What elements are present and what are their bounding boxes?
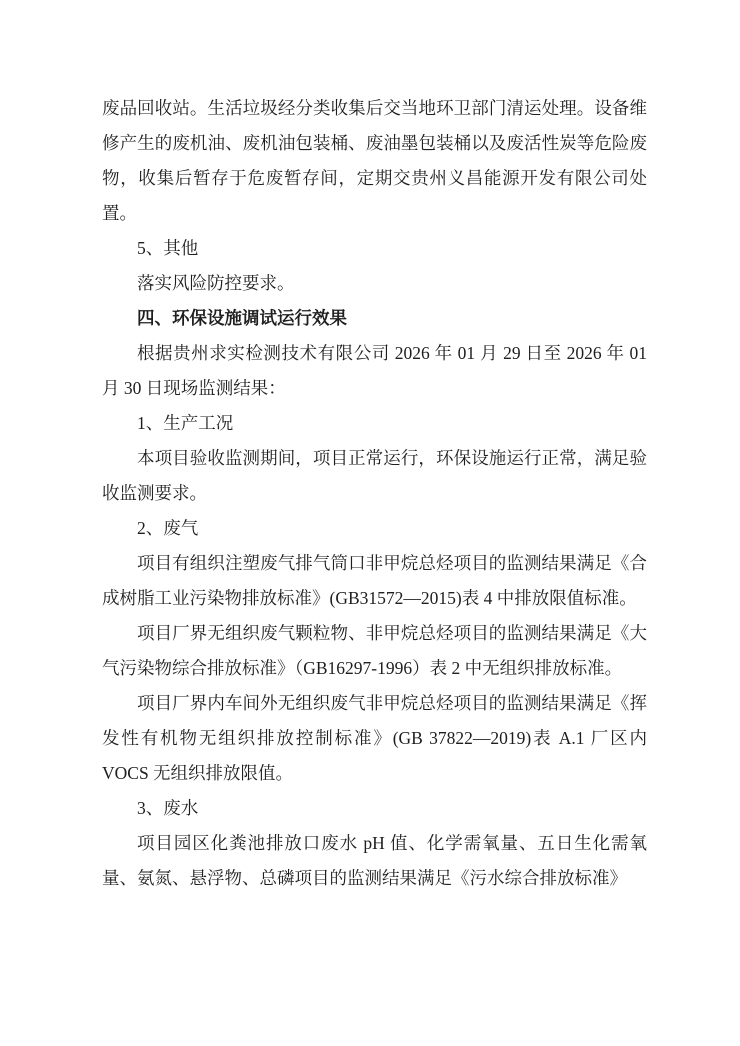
paragraph-risk-control: 落实风险防控要求。 — [102, 266, 647, 301]
paragraph-item-2-waste-gas: 2、废气 — [102, 511, 647, 546]
section-heading-4-env-facility-results: 四、环保设施调试运行效果 — [102, 301, 647, 336]
paragraph-monitoring-basis: 根据贵州求实检测技术有限公司 2026 年 01 月 29 日至 2026 年 … — [102, 336, 647, 406]
document-page: 废品回收站。生活垃圾经分类收集后交当地环卫部门清运处理。设备维修产生的废机油、废… — [0, 0, 740, 1046]
paragraph-boundary-unorganized-gas: 项目厂界无组织废气颗粒物、非甲烷总烃项目的监测结果满足《大气污染物综合排放标准》… — [102, 616, 647, 686]
paragraph-organized-waste-gas: 项目有组织注塑废气排气筒口非甲烷总烃项目的监测结果满足《合成树脂工业污染物排放标… — [102, 546, 647, 616]
paragraph-workshop-unorganized-gas: 项目厂界内车间外无组织废气非甲烷总烃项目的监测结果满足《挥发性有机物无组织排放控… — [102, 686, 647, 791]
paragraph-item-1-production-conditions: 1、生产工况 — [102, 406, 647, 441]
paragraph-item-5-other: 5、其他 — [102, 231, 647, 266]
paragraph-production-normal: 本项目验收监测期间，项目正常运行，环保设施运行正常，满足验收监测要求。 — [102, 441, 647, 511]
paragraph-wastewater-monitoring: 项目园区化粪池排放口废水 pH 值、化学需氧量、五日生化需氧量、氨氮、悬浮物、总… — [102, 826, 647, 896]
document-body: 废品回收站。生活垃圾经分类收集后交当地环卫部门清运处理。设备维修产生的废机油、废… — [102, 91, 647, 896]
paragraph-waste-recycling: 废品回收站。生活垃圾经分类收集后交当地环卫部门清运处理。设备维修产生的废机油、废… — [102, 91, 647, 231]
paragraph-item-3-wastewater: 3、废水 — [102, 791, 647, 826]
